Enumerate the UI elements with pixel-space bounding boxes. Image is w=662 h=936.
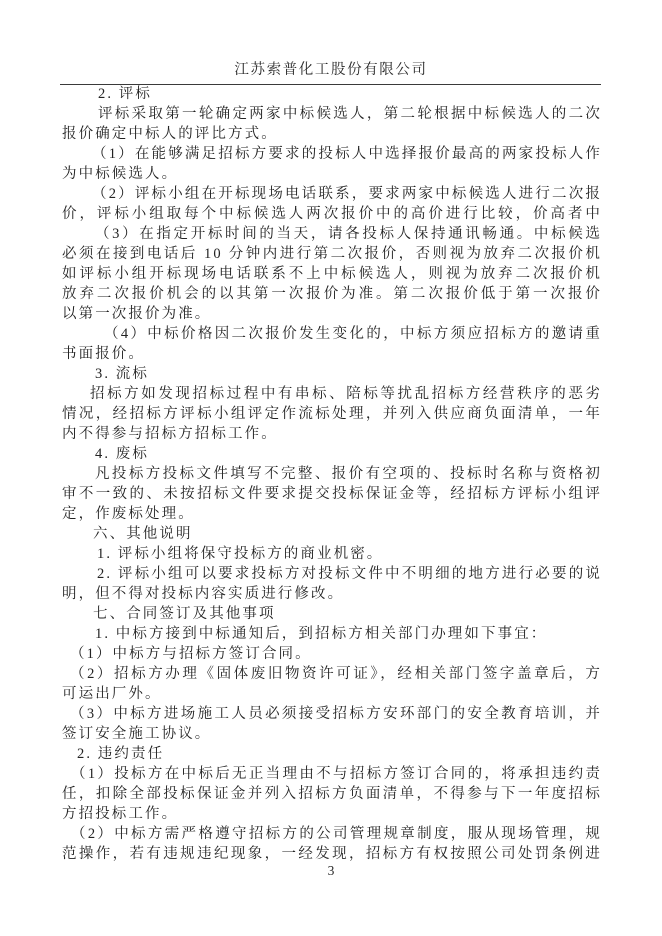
text-line: （2）招标方办理《固体废旧物资许可证》，经相关部门签字盖章后，方 <box>62 664 602 684</box>
text-line: 书面报价。 <box>62 344 602 364</box>
text-line: 2. 违约责任 <box>62 744 602 764</box>
text-line: （3）中标方进场施工人员必须接受招标方安环部门的安全教育培训，并 <box>62 704 602 724</box>
text-line: （1）投标方在中标后无正当理由不与招标方签订合同的，将承担违约责 <box>62 764 602 784</box>
text-line: 以第一次报价为准。 <box>62 304 602 324</box>
text-line: 审不一致的、未按招标文件要求提交投标保证金等，经招标方评标小组评 <box>62 484 602 504</box>
text-line: 明，但不得对投标内容实质进行修改。 <box>62 584 602 604</box>
text-line: （1）在能够满足招标方要求的投标人中选择报价最高的两家投标人作 <box>62 144 602 164</box>
text-line: 定，作废标处理。 <box>62 504 602 524</box>
text-line: （4）中标价格因二次报价发生变化的，中标方须应招标方的邀请重新 <box>62 324 602 344</box>
text-line: （2）中标方需严格遵守招标方的公司管理规章制度，服从现场管理，规 <box>62 824 602 844</box>
text-line: 4. 废标 <box>62 444 602 464</box>
document-body: 2. 评标评标采取第一轮确定两家中标候选人，第二轮根据中标候选人的二次报价确定中… <box>62 84 602 864</box>
text-line: 2. 评标 <box>62 84 602 104</box>
page-number: 3 <box>0 863 662 879</box>
text-line: 为中标候选人。 <box>62 164 602 184</box>
text-line: （2）评标小组在开标现场电话联系，要求两家中标候选人进行二次报 <box>62 184 602 204</box>
text-line: 凡投标方投标文件填写不完整、报价有空项的、投标时名称与资格初 <box>62 464 602 484</box>
text-line: 3. 流标 <box>62 364 602 384</box>
text-line: 情况，经招标方评标小组评定作流标处理，并列入供应商负面清单，一年 <box>62 404 602 424</box>
text-line: 必须在接到电话后 10 分钟内进行第二次报价，否则视为放弃二次报价机会； <box>62 244 602 264</box>
text-line: 2. 评标小组可以要求投标方对投标文件中不明细的地方进行必要的说 <box>62 564 602 584</box>
text-line: 放弃二次报价机会的以其第一次报价为准。第二次报价低于第一次报价的， <box>62 284 602 304</box>
text-line: 1. 中标方接到中标通知后，到招标方相关部门办理如下事宜： <box>62 624 602 644</box>
document-page: 江苏索普化工股份有限公司 2. 评标评标采取第一轮确定两家中标候选人，第二轮根据… <box>0 0 662 936</box>
text-line: 招标方如发现招标过程中有串标、陪标等扰乱招标方经营秩序的恶劣 <box>62 384 602 404</box>
text-line: 七、合同签订及其他事项 <box>62 604 602 624</box>
text-line: 报价确定中标人的评比方式。 <box>62 124 602 144</box>
text-line: 方招投标工作。 <box>62 804 602 824</box>
text-line: 评标采取第一轮确定两家中标候选人，第二轮根据中标候选人的二次 <box>62 104 602 124</box>
text-line: 可运出厂外。 <box>62 684 602 704</box>
text-line: 任，扣除全部投标保证金并列入招标方负面清单，不得参与下一年度招标 <box>62 784 602 804</box>
text-line: 1. 评标小组将保守投标方的商业机密。 <box>62 544 602 564</box>
text-line: 价，评标小组取每个中标候选人两次报价中的高价进行比较，价高者中标。 <box>62 204 602 224</box>
text-line: 签订安全施工协议。 <box>62 724 602 744</box>
text-line: 六、其他说明 <box>62 524 602 544</box>
page-header-company-name: 江苏索普化工股份有限公司 <box>0 58 662 79</box>
text-line: 范操作，若有违规违纪现象，一经发现，招标方有权按照公司处罚条例进 <box>62 844 602 864</box>
text-line: （1）中标方与招标方签订合同。 <box>62 644 602 664</box>
text-line: 如评标小组开标现场电话联系不上中标候选人，则视为放弃二次报价机会。 <box>62 264 602 284</box>
text-line: （3）在指定开标时间的当天，请各投标人保持通讯畅通。中标候选人 <box>62 224 602 244</box>
text-line: 内不得参与招标方招标工作。 <box>62 424 602 444</box>
